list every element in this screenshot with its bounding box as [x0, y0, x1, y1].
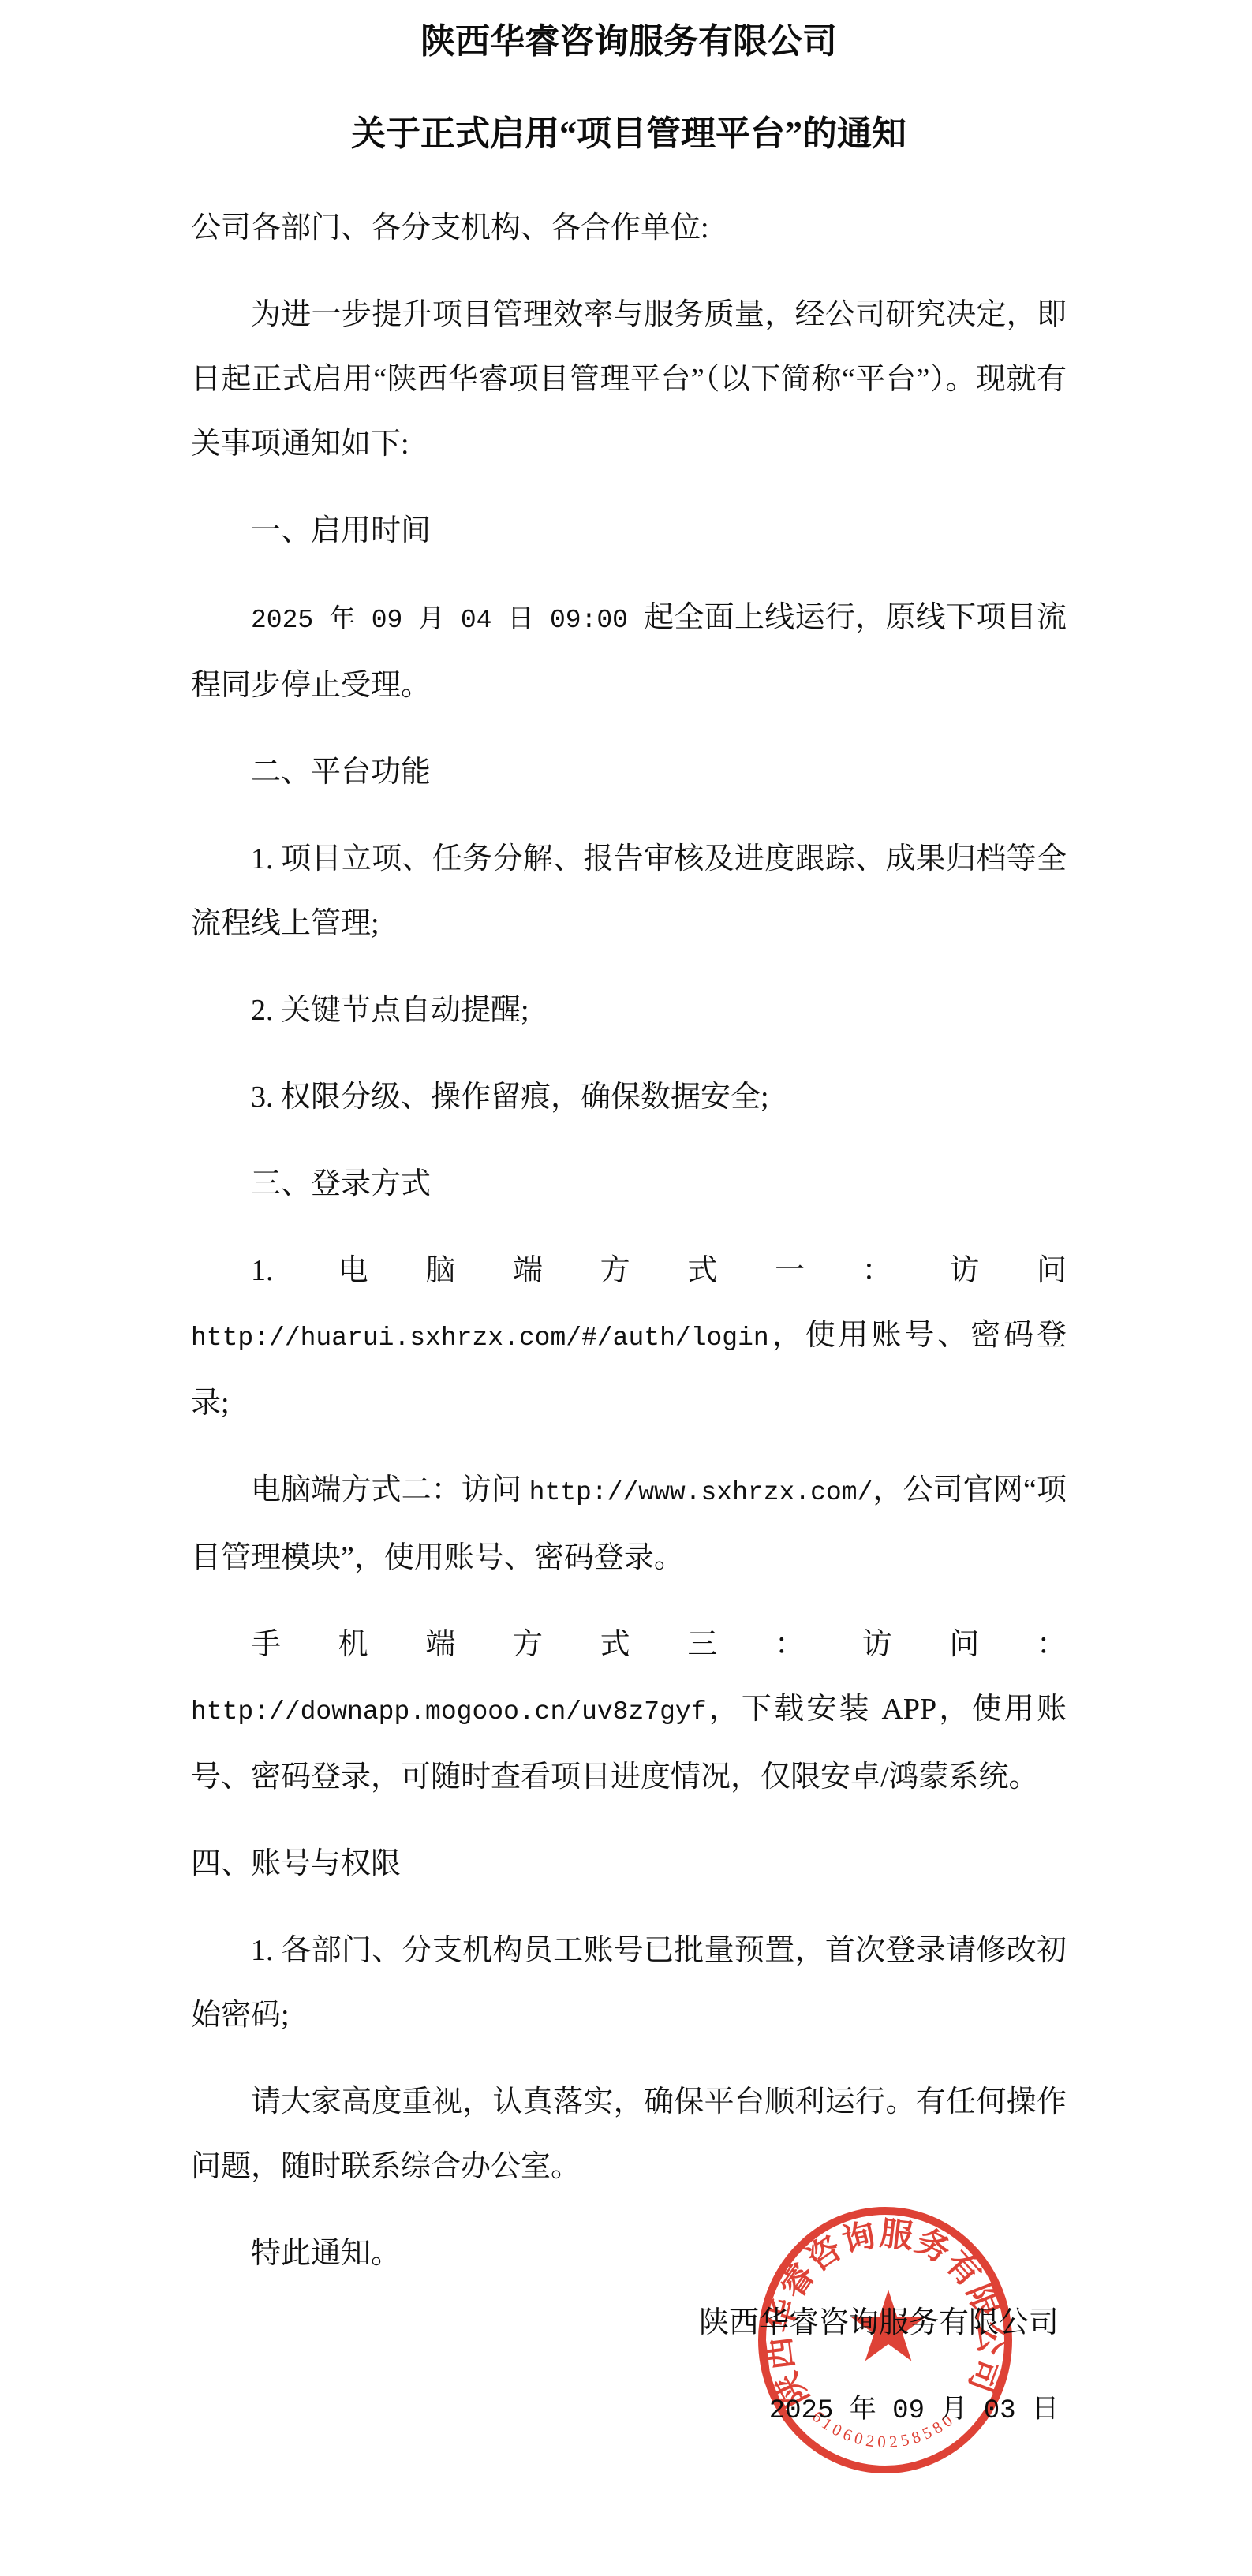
login-3-url: http://downapp.mogooo.cn/uv8z7gyf — [191, 1697, 707, 1727]
section-1-time-paragraph: 2025 年 09 月 04 日 09:00 起全面上线运行，原线下项目流程同步… — [191, 585, 1067, 718]
launch-datetime: 2025 年 09 月 04 日 09:00 — [251, 606, 644, 635]
login-method-3: 手机端方式三：访问：http://downapp.mogooo.cn/uv8z7… — [191, 1612, 1067, 1809]
account-item-1: 1. 各部门、分支机构员工账号已批量预置，首次登录请修改初始密码; — [191, 1918, 1067, 2048]
feature-item-1: 1. 项目立项、任务分解、报告审核及进度跟踪、成果归档等全流程线上管理; — [191, 827, 1067, 956]
intro-paragraph: 为进一步提升项目管理效率与服务质量，经公司研究决定，即日起正式启用“陕西华睿项目… — [191, 282, 1067, 476]
document-title-company: 陕西华睿咨询服务有限公司 — [191, 17, 1067, 66]
signature-date: 2025 年 09 月 03 日 — [699, 2376, 1059, 2447]
section-4-heading: 四、账号与权限 — [191, 1831, 1067, 1896]
document-title-notice: 关于正式启用“项目管理平台”的通知 — [191, 109, 1067, 159]
login-2-text-prefix: 电脑端方式二：访问 — [251, 1473, 529, 1506]
feature-item-2: 2. 关键节点自动提醒; — [191, 978, 1067, 1043]
section-1-heading: 一、启用时间 — [191, 498, 1067, 563]
login-2-url: http://www.sxhrzx.com/ — [529, 1478, 873, 1507]
login-1-text-prefix: 1. 电脑端方式一：访问 — [251, 1254, 1067, 1287]
login-method-2: 电脑端方式二：访问 http://www.sxhrzx.com/，公司官网“项目… — [191, 1458, 1067, 1590]
login-method-1: 1. 电脑端方式一：访问 http://huarui.sxhrzx.com/#/… — [191, 1238, 1067, 1435]
document-body: 陕西华睿咨询服务有限公司 关于正式启用“项目管理平台”的通知 公司各部门、各分支… — [0, 0, 1252, 2286]
notice-document: 陕西华睿咨询服务有限公司 关于正式启用“项目管理平台”的通知 公司各部门、各分支… — [0, 0, 1252, 2576]
signature-block: 陕西华睿咨询服务有限公司 2025 年 09 月 03 日 — [699, 2287, 1059, 2447]
signature-company: 陕西华睿咨询服务有限公司 — [699, 2287, 1059, 2358]
feature-item-3: 3. 权限分级、操作留痕，确保数据安全; — [191, 1065, 1067, 1129]
login-1-url: http://huarui.sxhrzx.com/#/auth/login — [191, 1323, 769, 1353]
greeting-line: 公司各部门、各分支机构、各合作单位: — [191, 196, 1067, 260]
closing-paragraph: 请大家高度重视，认真落实，确保平台顺利运行。有任何操作问题，随时联系综合办公室。 — [191, 2070, 1067, 2199]
login-3-text-prefix: 手机端方式三：访问： — [251, 1628, 1067, 1661]
section-3-heading: 三、登录方式 — [191, 1152, 1067, 1216]
section-2-heading: 二、平台功能 — [191, 740, 1067, 805]
